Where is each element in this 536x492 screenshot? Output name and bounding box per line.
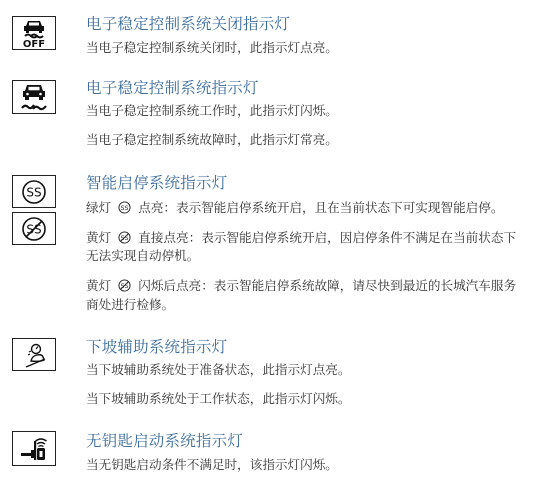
svg-text:SS: SS	[121, 205, 129, 212]
start-stop-off-icon: SS	[118, 231, 131, 244]
section-title-esc: 电子稳定控制系统指示灯	[86, 78, 259, 98]
keyless-start-icon	[16, 434, 52, 464]
start-stop-green-item: 绿灯 SS 点亮：表示智能启停系统开启，且在当前状态下可实现智能启停。	[86, 199, 503, 217]
esc-indicator	[12, 80, 56, 114]
section-title-start-stop: 智能启停系统指示灯	[86, 173, 227, 193]
esc-off-label: OFF	[23, 39, 45, 48]
section-text: 当下坡辅助系统处于工作状态，此指示灯闪烁。	[86, 390, 350, 408]
esc-icon	[16, 82, 52, 112]
ss-label: SS	[26, 185, 41, 199]
section-text: 当电子稳定控制系统工作时，此指示灯闪烁。	[86, 102, 338, 120]
item-text: 点亮：表示智能启停系统开启，且在当前状态下可实现智能启停。	[138, 200, 503, 215]
section-text: 当无钥匙启动条件不满足时，该指示灯闪烁。	[86, 456, 338, 474]
start-stop-indicator: SS	[12, 175, 56, 208]
section-text: 当电子稳定控制系统故障时，此指示灯常亮。	[86, 131, 338, 149]
esc-off-icon: OFF	[16, 18, 52, 48]
item-text: 直接点亮：表示智能启停系统开启，因启停条件不满足在当前状态下	[138, 230, 516, 245]
hill-descent-icon	[17, 341, 51, 369]
item-text-cont: 无法实现自动停机。	[86, 247, 199, 265]
item-text: 闪烁后点亮：表示智能启停系统故障，请尽快到最近的长城汽车服务	[138, 278, 516, 293]
item-text-cont: 商处进行检修。	[86, 296, 174, 314]
start-stop-icon: SS	[118, 201, 131, 214]
start-stop-yellow-item: 黄灯 SS 直接点亮：表示智能启停系统开启，因启停条件不满足在当前状态下	[86, 229, 516, 247]
light-color-label: 黄灯	[86, 278, 111, 293]
section-text: 当下坡辅助系统处于准备状态，此指示灯点亮。	[86, 361, 350, 379]
light-color-label: 绿灯	[86, 200, 111, 215]
start-stop-yellow-flash-item: 黄灯 SS 闪烁后点亮：表示智能启停系统故障，请尽快到最近的长城汽车服务	[86, 277, 516, 295]
light-color-label: 黄灯	[86, 230, 111, 245]
keyless-start-indicator	[12, 431, 56, 466]
hill-descent-indicator	[12, 338, 56, 371]
start-stop-off-indicator: SS	[12, 212, 56, 245]
start-stop-icon: SS	[19, 178, 49, 206]
start-stop-off-icon: SS	[118, 279, 131, 292]
section-text: 当电子稳定控制系统关闭时，此指示灯点亮。	[86, 39, 338, 57]
start-stop-off-icon: SS	[19, 215, 49, 243]
esc-off-indicator: OFF	[12, 16, 56, 50]
section-title-hill-descent: 下坡辅助系统指示灯	[86, 337, 227, 357]
section-title-keyless-start: 无钥匙启动系统指示灯	[86, 431, 243, 451]
section-title-esc-off: 电子稳定控制系统关闭指示灯	[86, 14, 290, 34]
